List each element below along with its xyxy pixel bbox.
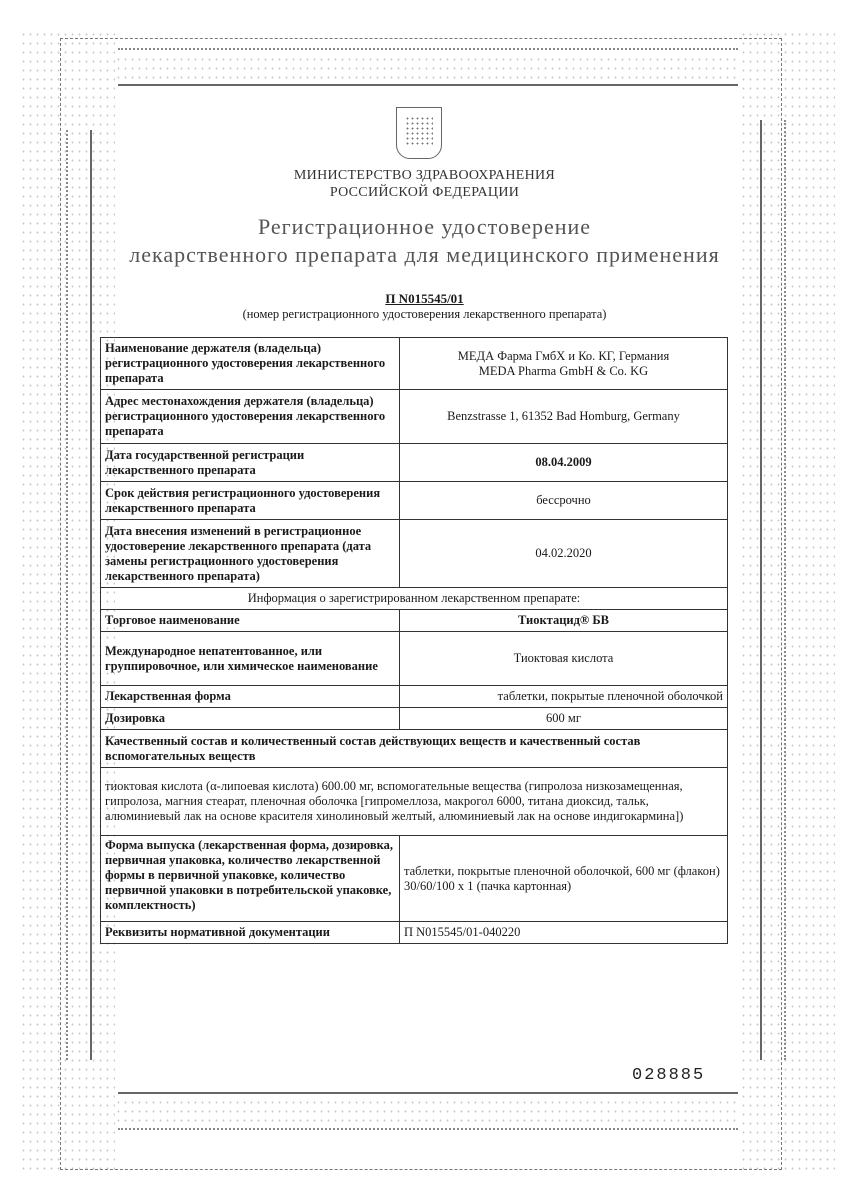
trade-name-value: Тиоктацид® БВ: [400, 610, 728, 632]
table-row-trade-name: Торговое наименование Тиоктацид® БВ: [101, 610, 728, 632]
table-row-composition-heading: Качественный состав и количественный сос…: [101, 730, 728, 768]
table-row-dosage-form: Лекарственная форма таблетки, покрытые п…: [101, 686, 728, 708]
drug-info-section-heading: Информация о зарегистрированном лекарств…: [101, 588, 728, 610]
table-row-dosage: Дозировка 600 мг: [101, 708, 728, 730]
table-row-change-date: Дата внесения изменений в регистрационно…: [101, 520, 728, 588]
composition-value: тиоктовая кислота (α-липоевая кислота) 6…: [101, 768, 728, 836]
release-form-label: Форма выпуска (лекарственная форма, дози…: [101, 836, 400, 922]
table-row-composition-value: тиоктовая кислота (α-липоевая кислота) 6…: [101, 768, 728, 836]
table-row-holder-name: Наименование держателя (владельца) регис…: [101, 338, 728, 390]
holder-name-ru: МЕДА Фарма ГмбХ и Ко. КГ, Германия: [404, 349, 723, 364]
dosage-form-value: таблетки, покрытые пленочной оболочкой: [400, 686, 728, 708]
coat-of-arms-emblem-icon: [396, 107, 442, 159]
change-date-label: Дата внесения изменений в регистрационно…: [101, 520, 400, 588]
normative-docs-label: Реквизиты нормативной документации: [101, 922, 400, 944]
holder-name-en: MEDA Pharma GmbH & Co. KG: [404, 364, 723, 379]
table-row-normative-docs: Реквизиты нормативной документации П N01…: [101, 922, 728, 944]
border-pattern-top: [115, 55, 740, 83]
holder-address-label: Адрес местонахождения держателя (владель…: [101, 390, 400, 444]
holder-address-value: Benzstrasse 1, 61352 Bad Homburg, German…: [400, 390, 728, 444]
dosage-label: Дозировка: [101, 708, 400, 730]
release-form-value: таблетки, покрытые пленочной оболочкой, …: [400, 836, 728, 922]
holder-name-label: Наименование держателя (владельца) регис…: [101, 338, 400, 390]
change-date-value: 04.02.2020: [400, 520, 728, 588]
registration-date-label: Дата государственной регистрации лекарст…: [101, 444, 400, 482]
validity-label: Срок действия регистрационного удостовер…: [101, 482, 400, 520]
inn-label: Международное непатентованное, или групп…: [101, 632, 400, 686]
table-row-inn: Международное непатентованное, или групп…: [101, 632, 728, 686]
registration-number-caption: (номер регистрационного удостоверения ле…: [0, 307, 849, 322]
trade-name-label: Торговое наименование: [101, 610, 400, 632]
holder-name-value: МЕДА Фарма ГмбХ и Ко. КГ, Германия MEDA …: [400, 338, 728, 390]
table-row-validity: Срок действия регистрационного удостовер…: [101, 482, 728, 520]
dosage-value: 600 мг: [400, 708, 728, 730]
border-pattern-right: [740, 30, 835, 1170]
document-title-line1: Регистрационное удостоверение: [0, 214, 849, 240]
table-row-registration-date: Дата государственной регистрации лекарст…: [101, 444, 728, 482]
dosage-form-label: Лекарственная форма: [101, 686, 400, 708]
table-row-release-form: Форма выпуска (лекарственная форма, дози…: [101, 836, 728, 922]
composition-label: Качественный состав и количественный сос…: [101, 730, 728, 768]
validity-value: бессрочно: [400, 482, 728, 520]
document-title-line2: лекарственного препарата для медицинског…: [0, 242, 849, 268]
border-pattern-bottom: [115, 1098, 740, 1126]
table-row-section-heading: Информация о зарегистрированном лекарств…: [101, 588, 728, 610]
form-serial-number: 028885: [632, 1066, 705, 1085]
registration-details-table: Наименование держателя (владельца) регис…: [100, 337, 728, 944]
ministry-name-line1: МИНИСТЕРСТВО ЗДРАВООХРАНЕНИЯ: [0, 168, 849, 184]
inn-value: Тиоктовая кислота: [400, 632, 728, 686]
registration-number: П N015545/01: [0, 291, 849, 307]
table-row-holder-address: Адрес местонахождения держателя (владель…: [101, 390, 728, 444]
normative-docs-value: П N015545/01-040220: [400, 922, 728, 944]
ministry-name-line2: РОССИЙСКОЙ ФЕДЕРАЦИИ: [0, 185, 849, 201]
registration-date-value: 08.04.2009: [400, 444, 728, 482]
